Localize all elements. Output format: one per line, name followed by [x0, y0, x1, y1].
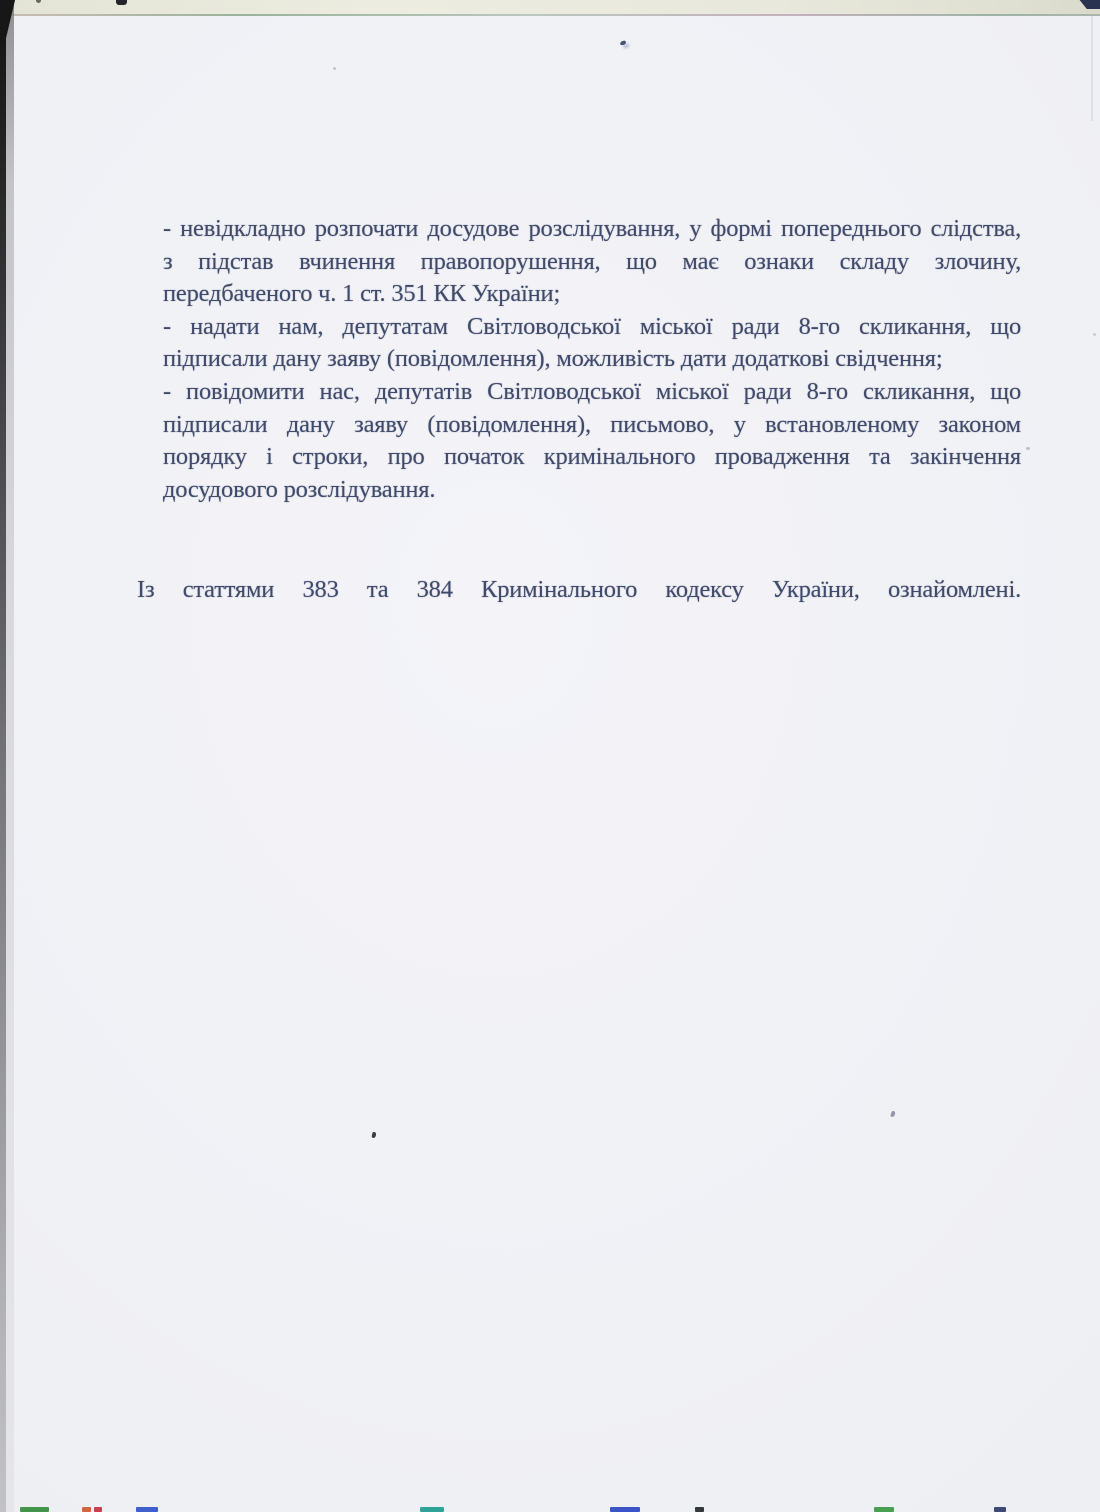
text-line: - повідомити нас, депутатів Світловодськ… [163, 376, 1021, 409]
scan-mark [136, 1507, 158, 1512]
scan-mark [695, 1507, 704, 1512]
scan-mark [994, 1507, 1006, 1512]
text-line: підписали дану заяву (повідомлення), мож… [163, 343, 1021, 376]
text-line: - невідкладно розпочати досудове розслід… [163, 213, 1021, 246]
text-line: передбаченого ч. 1 ст. 351 КК України; [163, 278, 1021, 311]
text-line: - надати нам, депутатам Світловодської м… [163, 311, 1021, 344]
text-line: з підстав вчинення правопорушення, що ма… [163, 246, 1021, 279]
document-body-text: - невідкладно розпочати досудове розслід… [163, 213, 1021, 506]
text-line: досудового розслідування. [163, 474, 1021, 507]
scan-mark [94, 1507, 102, 1512]
ink-speck [333, 67, 336, 70]
closing-statement-line: Із статтями 383 та 384 Кримінального код… [137, 574, 1021, 607]
ink-speck [371, 1132, 376, 1139]
ink-speck [620, 40, 627, 46]
scan-mark [20, 1507, 49, 1512]
scan-mark [610, 1507, 640, 1512]
text-line: підписали дану заяву (повідомлення), пис… [163, 409, 1021, 442]
scanner-calibration-marks [0, 1506, 1100, 1512]
text-line: порядку і строки, про початок кримінальн… [163, 441, 1021, 474]
scan-mark [420, 1507, 444, 1512]
scanner-lid-strip [0, 0, 1100, 14]
scan-crease-right [1091, 16, 1093, 121]
ink-speck [890, 1110, 896, 1117]
ink-speck [1026, 447, 1030, 450]
page-top-edge-line [0, 14, 1100, 16]
scan-mark [82, 1507, 91, 1512]
scan-edge-left-fade [6, 0, 14, 1512]
ink-speck [1093, 333, 1096, 336]
scan-notch [116, 0, 127, 5]
scan-mark [874, 1507, 894, 1512]
